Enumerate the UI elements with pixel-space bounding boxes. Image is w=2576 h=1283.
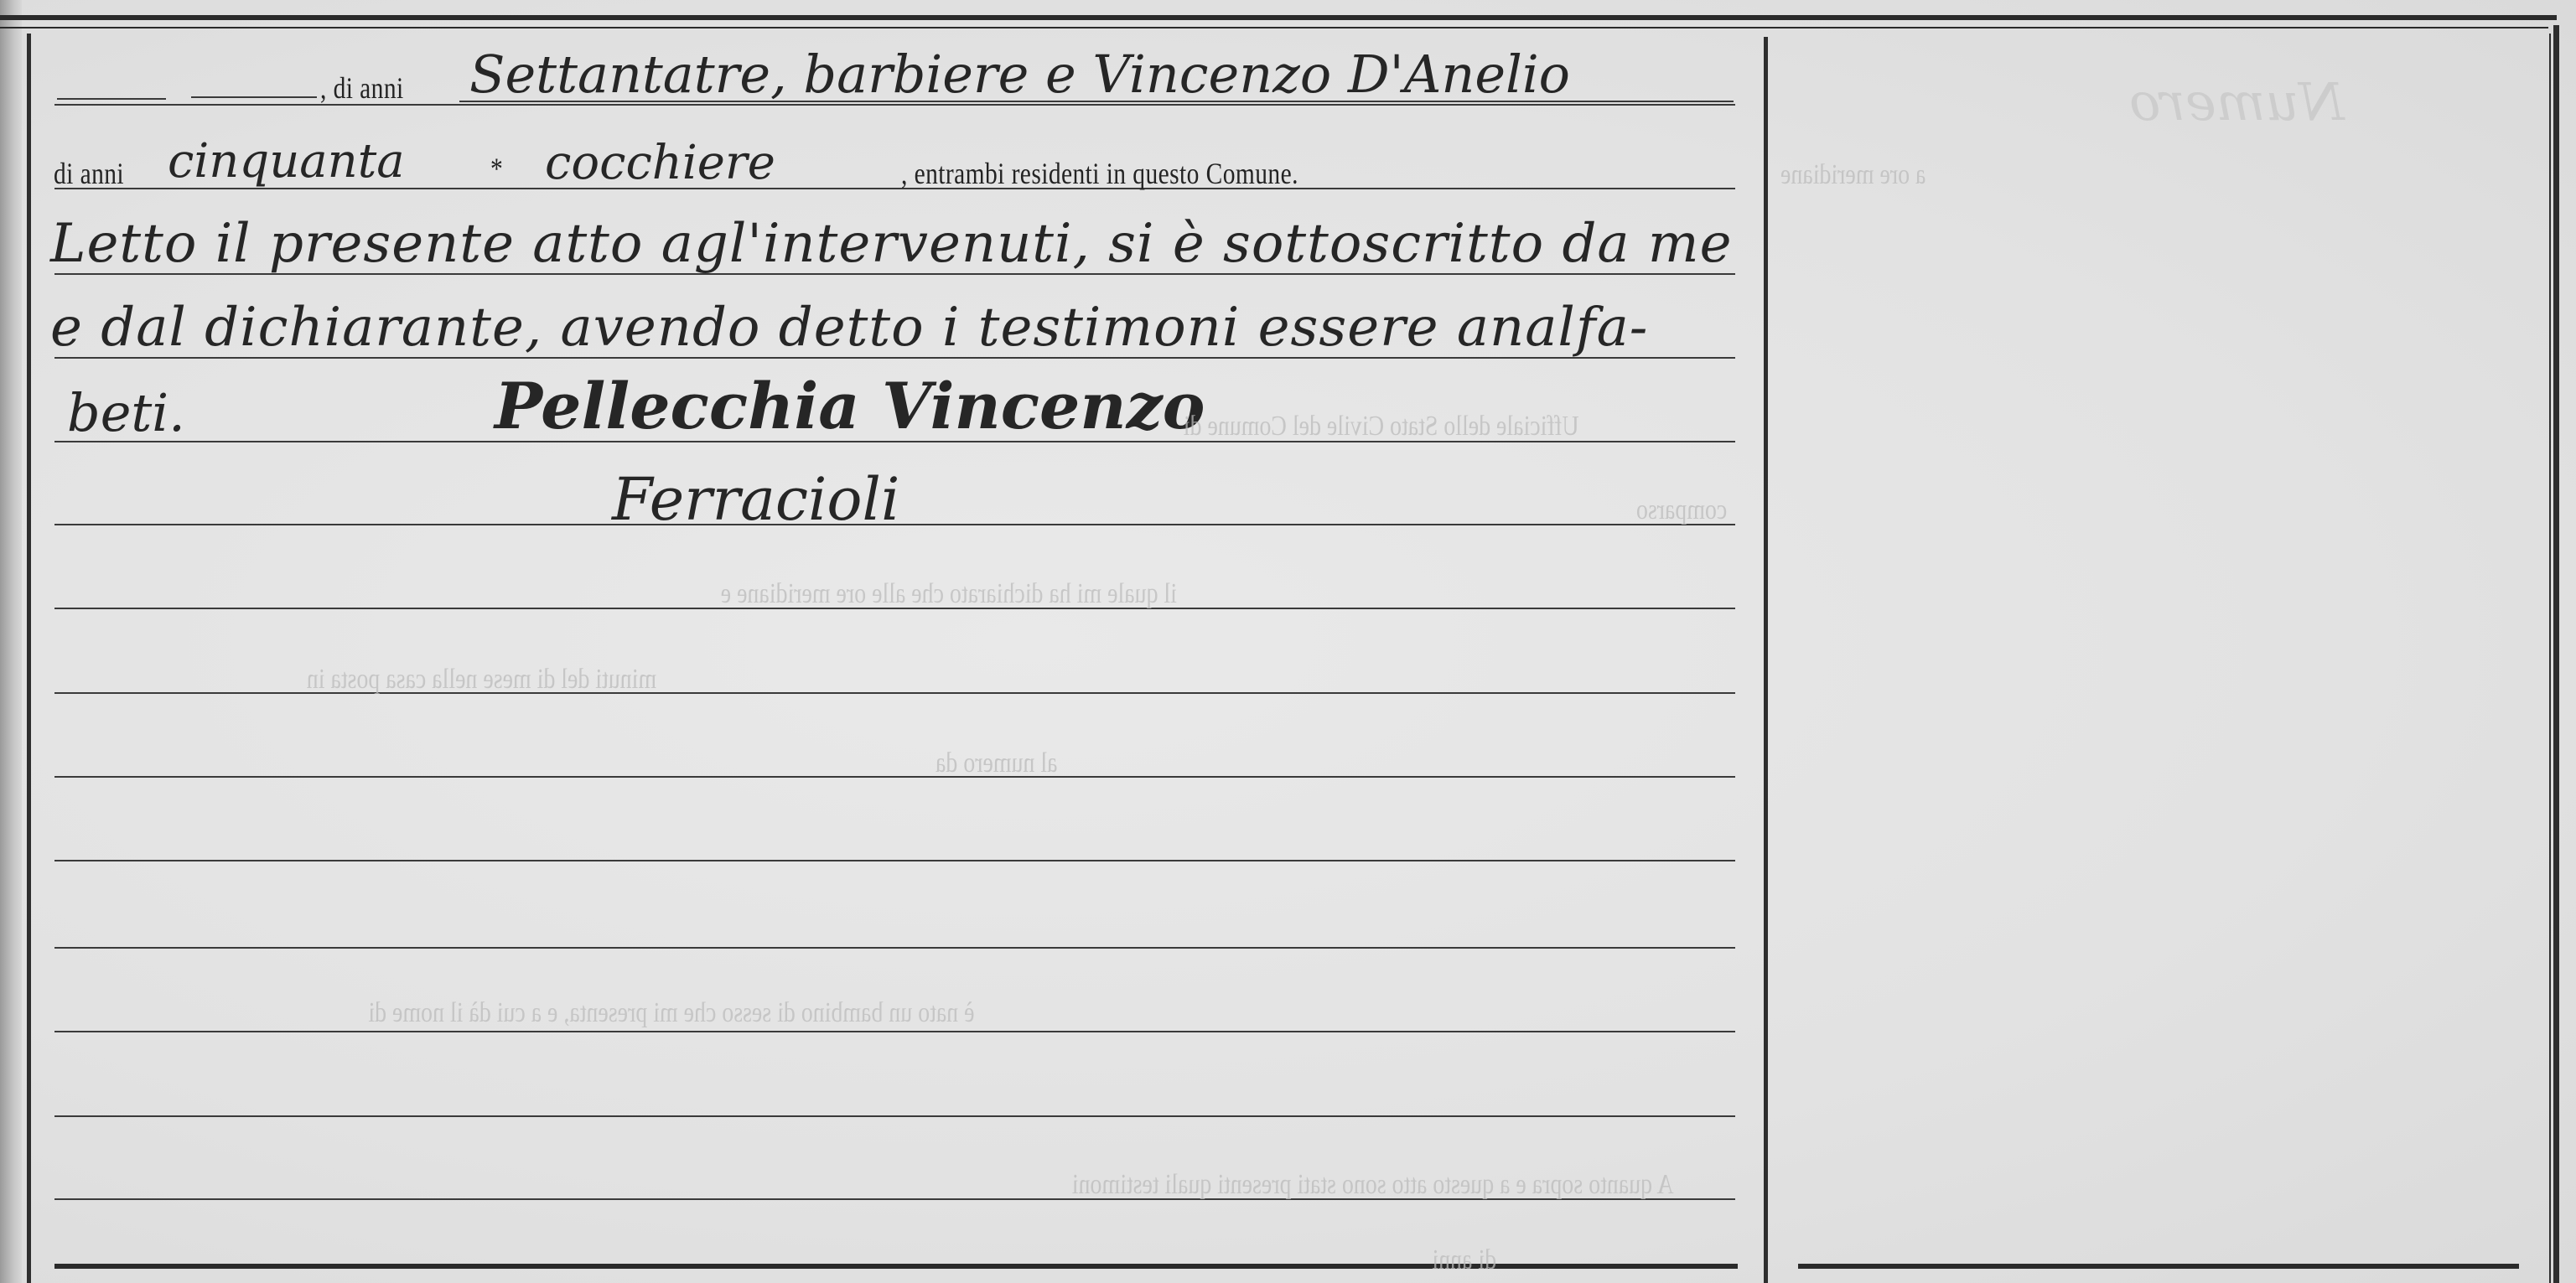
left-border (27, 34, 31, 1283)
bleed-text: A quanto sopra e a questo atto sono stat… (1072, 1169, 1674, 1201)
handwritten-occupation-2: cocchiere (545, 136, 775, 190)
ruled-line (54, 776, 1735, 778)
column-divider (1764, 37, 1768, 1283)
handwritten-row4: e dal dichiarante, avendo detto i testim… (50, 297, 1648, 359)
handwritten-row5: beti. (67, 382, 185, 443)
top-rule-thin (0, 27, 2548, 28)
bleed-text: è nato un bambino di sesso che mi presen… (368, 997, 974, 1029)
ruled-line (54, 1115, 1735, 1117)
ruled-line (54, 1031, 1735, 1032)
printed-label-age: , di anni (320, 70, 404, 106)
right-border-thin (2549, 34, 2551, 1283)
printed-residence: , entrambi residenti in questo Comune. (901, 156, 1298, 191)
bleed-text: minuti del di mese nella casa posta in (307, 664, 656, 696)
printed-label-age-2: di anni (54, 156, 124, 191)
bleed-text: il quale mi ha dichiarato che alle ore m… (721, 578, 1177, 610)
bleed-text: di anni (1432, 1244, 1496, 1276)
bleed-text: Ufficiale dello Stato Civile del Comune … (1184, 411, 1579, 442)
asterisk: * (490, 151, 503, 186)
bleed-text: a ore meridiane (1780, 159, 1926, 191)
handwritten-row1: Settantatre, barbiere e Vincenzo D'Aneli… (469, 44, 1570, 105)
signature-declarant: Pellecchia Vincenzo (495, 369, 1205, 443)
handwritten-age-2: cinquanta (168, 134, 405, 189)
signature-official: Ferracioli (612, 465, 899, 534)
blank-dash (191, 96, 317, 98)
bleed-text: al numero da (936, 748, 1058, 779)
bleed-text: comparso (1636, 494, 1727, 526)
bottom-rule-right (1798, 1264, 2519, 1269)
ruled-line (54, 860, 1735, 861)
handwritten-row3: Letto il presente atto agl'intervenuti, … (50, 213, 1732, 275)
bleed-right-panel-number: Numero (2129, 71, 2345, 132)
blank-dash (57, 98, 166, 100)
ruled-line (54, 947, 1735, 949)
binding-shadow (0, 0, 22, 1283)
right-border-thick (2553, 25, 2559, 1283)
top-rule-thick (0, 15, 2557, 20)
document-page: , di anni Settantatre, barbiere e Vincen… (0, 0, 2576, 1283)
